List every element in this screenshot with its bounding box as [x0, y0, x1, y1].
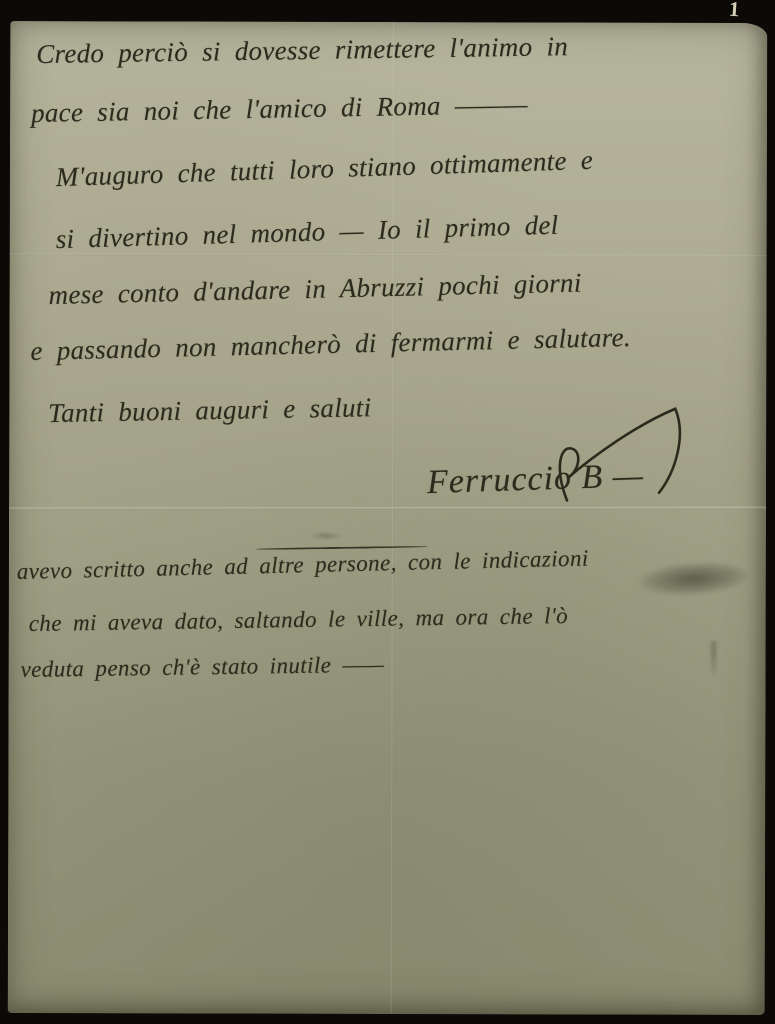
- letter-page: Credo perciò si dovesse rimettere l'anim…: [8, 21, 768, 1015]
- closing-line: Tanti buoni auguri e saluti: [48, 392, 372, 429]
- handwritten-line-4: si divertino nel mondo — Io il primo del: [55, 210, 559, 255]
- postscript-line-2: che mi aveva dato, saltando le ville, ma…: [29, 603, 569, 637]
- ink-drip-mark: [709, 641, 719, 681]
- postscript-line-1: avevo scritto anche ad altre persone, co…: [17, 546, 589, 585]
- handwritten-line-2: pace sia noi che l'amico di Roma ———: [31, 89, 528, 129]
- handwritten-line-3: M'auguro che tutti loro stiano ottimamen…: [55, 145, 593, 193]
- fold-crease-upper: [10, 253, 767, 257]
- page-number-mark: 1: [728, 0, 740, 22]
- handwritten-line-6: e passando non mancherò di fermarmi e sa…: [30, 322, 631, 367]
- signature: Ferruccio B —: [426, 457, 644, 502]
- ink-smudge: [638, 559, 750, 598]
- scanned-letter: Credo perciò si dovesse rimettere l'anim…: [0, 0, 775, 1024]
- separator-smudge: [309, 532, 343, 540]
- handwritten-line-1: Credo perciò si dovesse rimettere l'anim…: [36, 31, 568, 70]
- postscript-line-3: veduta penso ch'è stato inutile ——: [20, 652, 384, 683]
- handwritten-line-5: mese conto d'andare in Abruzzi pochi gio…: [48, 268, 582, 312]
